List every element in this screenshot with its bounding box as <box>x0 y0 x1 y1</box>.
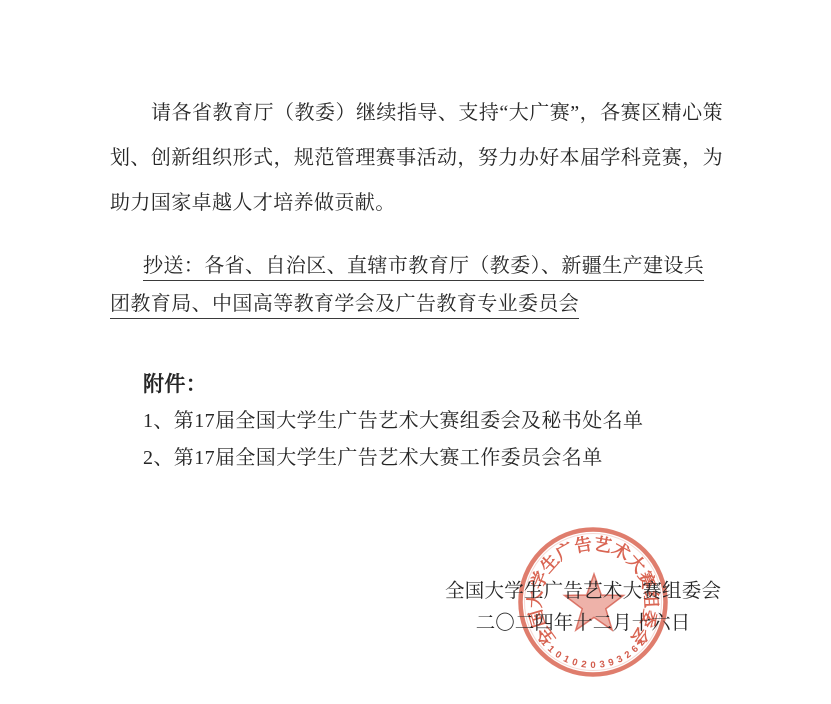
svg-text:0: 0 <box>590 660 595 671</box>
cc-line: 抄送：各省、自治区、直辖市教育厅（教委）、新疆生产建设兵 <box>110 247 723 285</box>
attachments-label: 附件： <box>143 366 723 403</box>
attachments-section: 附件： 1、第17届全国大学生广告艺术大赛组委会及秘书处名单 2、第17届全国大… <box>143 366 723 477</box>
svg-text:0: 0 <box>571 657 579 669</box>
document-page: 全国大学生广告艺术大赛组委会 1101020393262 请各省教育厅（教委）继… <box>0 0 831 704</box>
signature-organization: 全国大学生广告艺术大赛组委会 <box>445 576 721 608</box>
body-line: 助力国家卓越人才培养做贡献。 <box>110 181 723 226</box>
signature-date: 二〇二四年十二月十六日 <box>445 608 721 640</box>
signature-block: 全国大学生广告艺术大赛组委会 二〇二四年十二月十六日 <box>445 576 721 640</box>
svg-text:告: 告 <box>573 533 594 556</box>
cc-line: 团教育局、中国高等教育学会及广告教育专业委员会 <box>110 285 723 323</box>
cc-section: 抄送：各省、自治区、直辖市教育厅（教委）、新疆生产建设兵 团教育局、中国高等教育… <box>110 247 723 323</box>
attachment-item: 2、第17届全国大学生广告艺术大赛工作委员会名单 <box>143 440 723 477</box>
body-paragraph: 请各省教育厅（教委）继续指导、支持“大广赛”，各赛区精心策 划、创新组织形式，规… <box>110 91 723 226</box>
svg-text:1: 1 <box>561 653 571 666</box>
svg-text:9: 9 <box>607 657 615 669</box>
attachment-item: 1、第17届全国大学生广告艺术大赛组委会及秘书处名单 <box>143 403 723 440</box>
svg-text:0: 0 <box>553 649 563 661</box>
svg-text:3: 3 <box>599 659 606 671</box>
svg-text:2: 2 <box>623 649 633 661</box>
cc-underlined-text: 团教育局、中国高等教育学会及广告教育专业委员会 <box>110 293 579 319</box>
svg-text:2: 2 <box>580 659 587 671</box>
body-line: 请各省教育厅（教委）继续指导、支持“大广赛”，各赛区精心策 <box>110 91 723 136</box>
body-line: 划、创新组织形式，规范管理赛事活动，努力办好本届学科竞赛，为 <box>110 136 723 181</box>
cc-underlined-text: 抄送：各省、自治区、直辖市教育厅（教委）、新疆生产建设兵 <box>143 255 704 281</box>
svg-text:3: 3 <box>615 653 624 665</box>
